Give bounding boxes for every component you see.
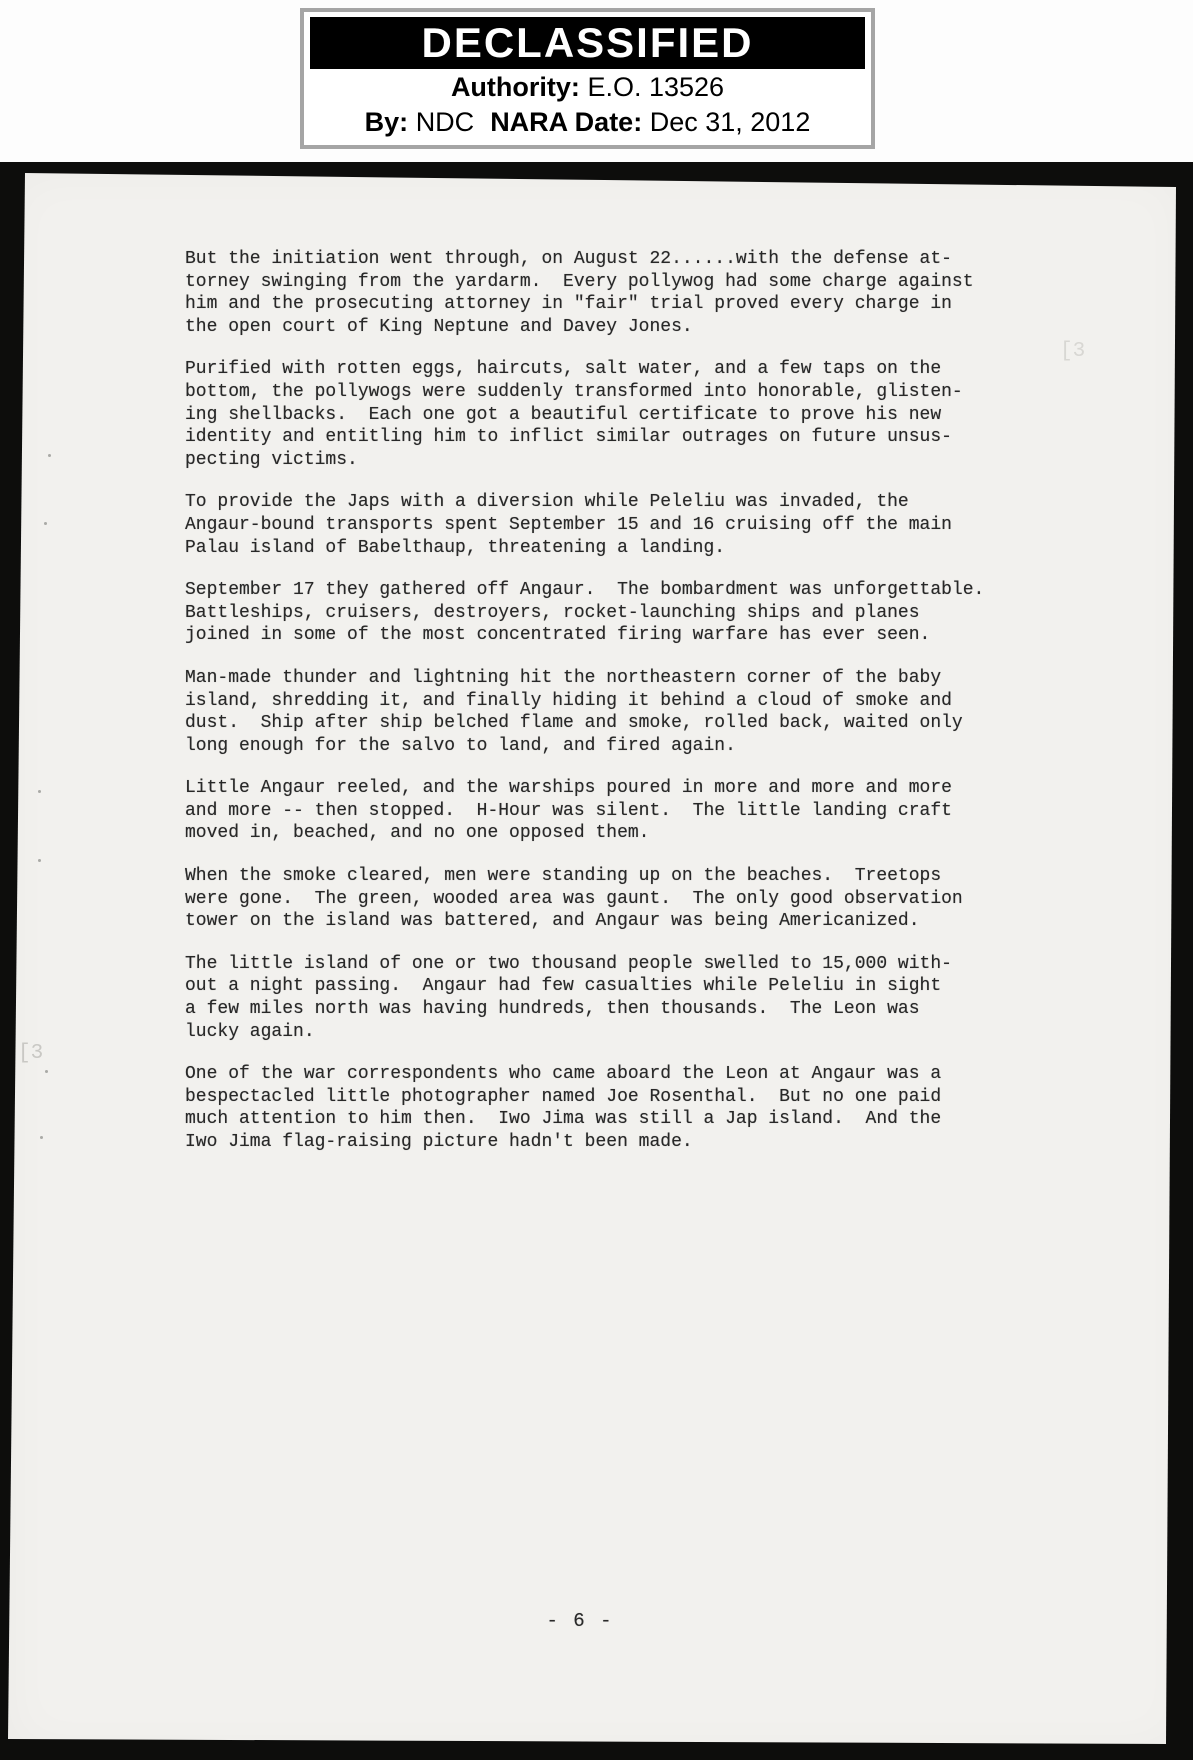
scan-speck xyxy=(44,522,47,525)
scan-speck xyxy=(38,790,41,793)
stamp-title: DECLASSIFIED xyxy=(310,17,865,69)
stamp-date-value: Dec 31, 2012 xyxy=(650,107,811,137)
stamp-authority-value: E.O. 13526 xyxy=(587,72,724,102)
scan-background: But the initiation went through, on Augu… xyxy=(0,162,1193,1760)
declassified-stamp: DECLASSIFIED Authority: E.O. 13526 By: N… xyxy=(300,8,875,149)
stamp-authority-line: Authority: E.O. 13526 xyxy=(310,71,865,104)
paragraph: To provide the Japs with a diversion whi… xyxy=(185,491,984,559)
stamp-authority-label: Authority: xyxy=(451,72,580,102)
scan-speck xyxy=(40,1136,43,1139)
paragraph: Little Angaur reeled, and the warships p… xyxy=(185,777,984,845)
scan-speck xyxy=(38,859,41,862)
paragraph: When the smoke cleared, men were standin… xyxy=(185,865,984,933)
stamp-by-label: By: xyxy=(365,107,409,137)
page-number: - 6 - xyxy=(185,1610,975,1632)
paragraph: Purified with rotten eggs, haircuts, sal… xyxy=(185,358,984,471)
stamp-area: DECLASSIFIED Authority: E.O. 13526 By: N… xyxy=(0,0,1193,162)
paragraph: Man-made thunder and lightning hit the n… xyxy=(185,667,984,757)
paragraph: One of the war correspondents who came a… xyxy=(185,1063,984,1153)
stamp-date-label: NARA Date: xyxy=(490,107,642,137)
paragraph: But the initiation went through, on Augu… xyxy=(185,248,984,338)
paragraph: September 17 they gathered off Angaur. T… xyxy=(185,579,984,647)
stamp-by-value: NDC xyxy=(416,107,475,137)
paragraph: The little island of one or two thousand… xyxy=(185,953,984,1043)
stamp-by-line: By: NDCNARA Date: Dec 31, 2012 xyxy=(310,106,865,139)
scan-speck xyxy=(45,1070,48,1073)
scan-speck xyxy=(48,454,51,457)
typewritten-text: But the initiation went through, on Augu… xyxy=(185,248,984,1174)
margin-mark-left: [3 xyxy=(18,1042,43,1065)
margin-mark-right: [3 xyxy=(1060,340,1085,363)
